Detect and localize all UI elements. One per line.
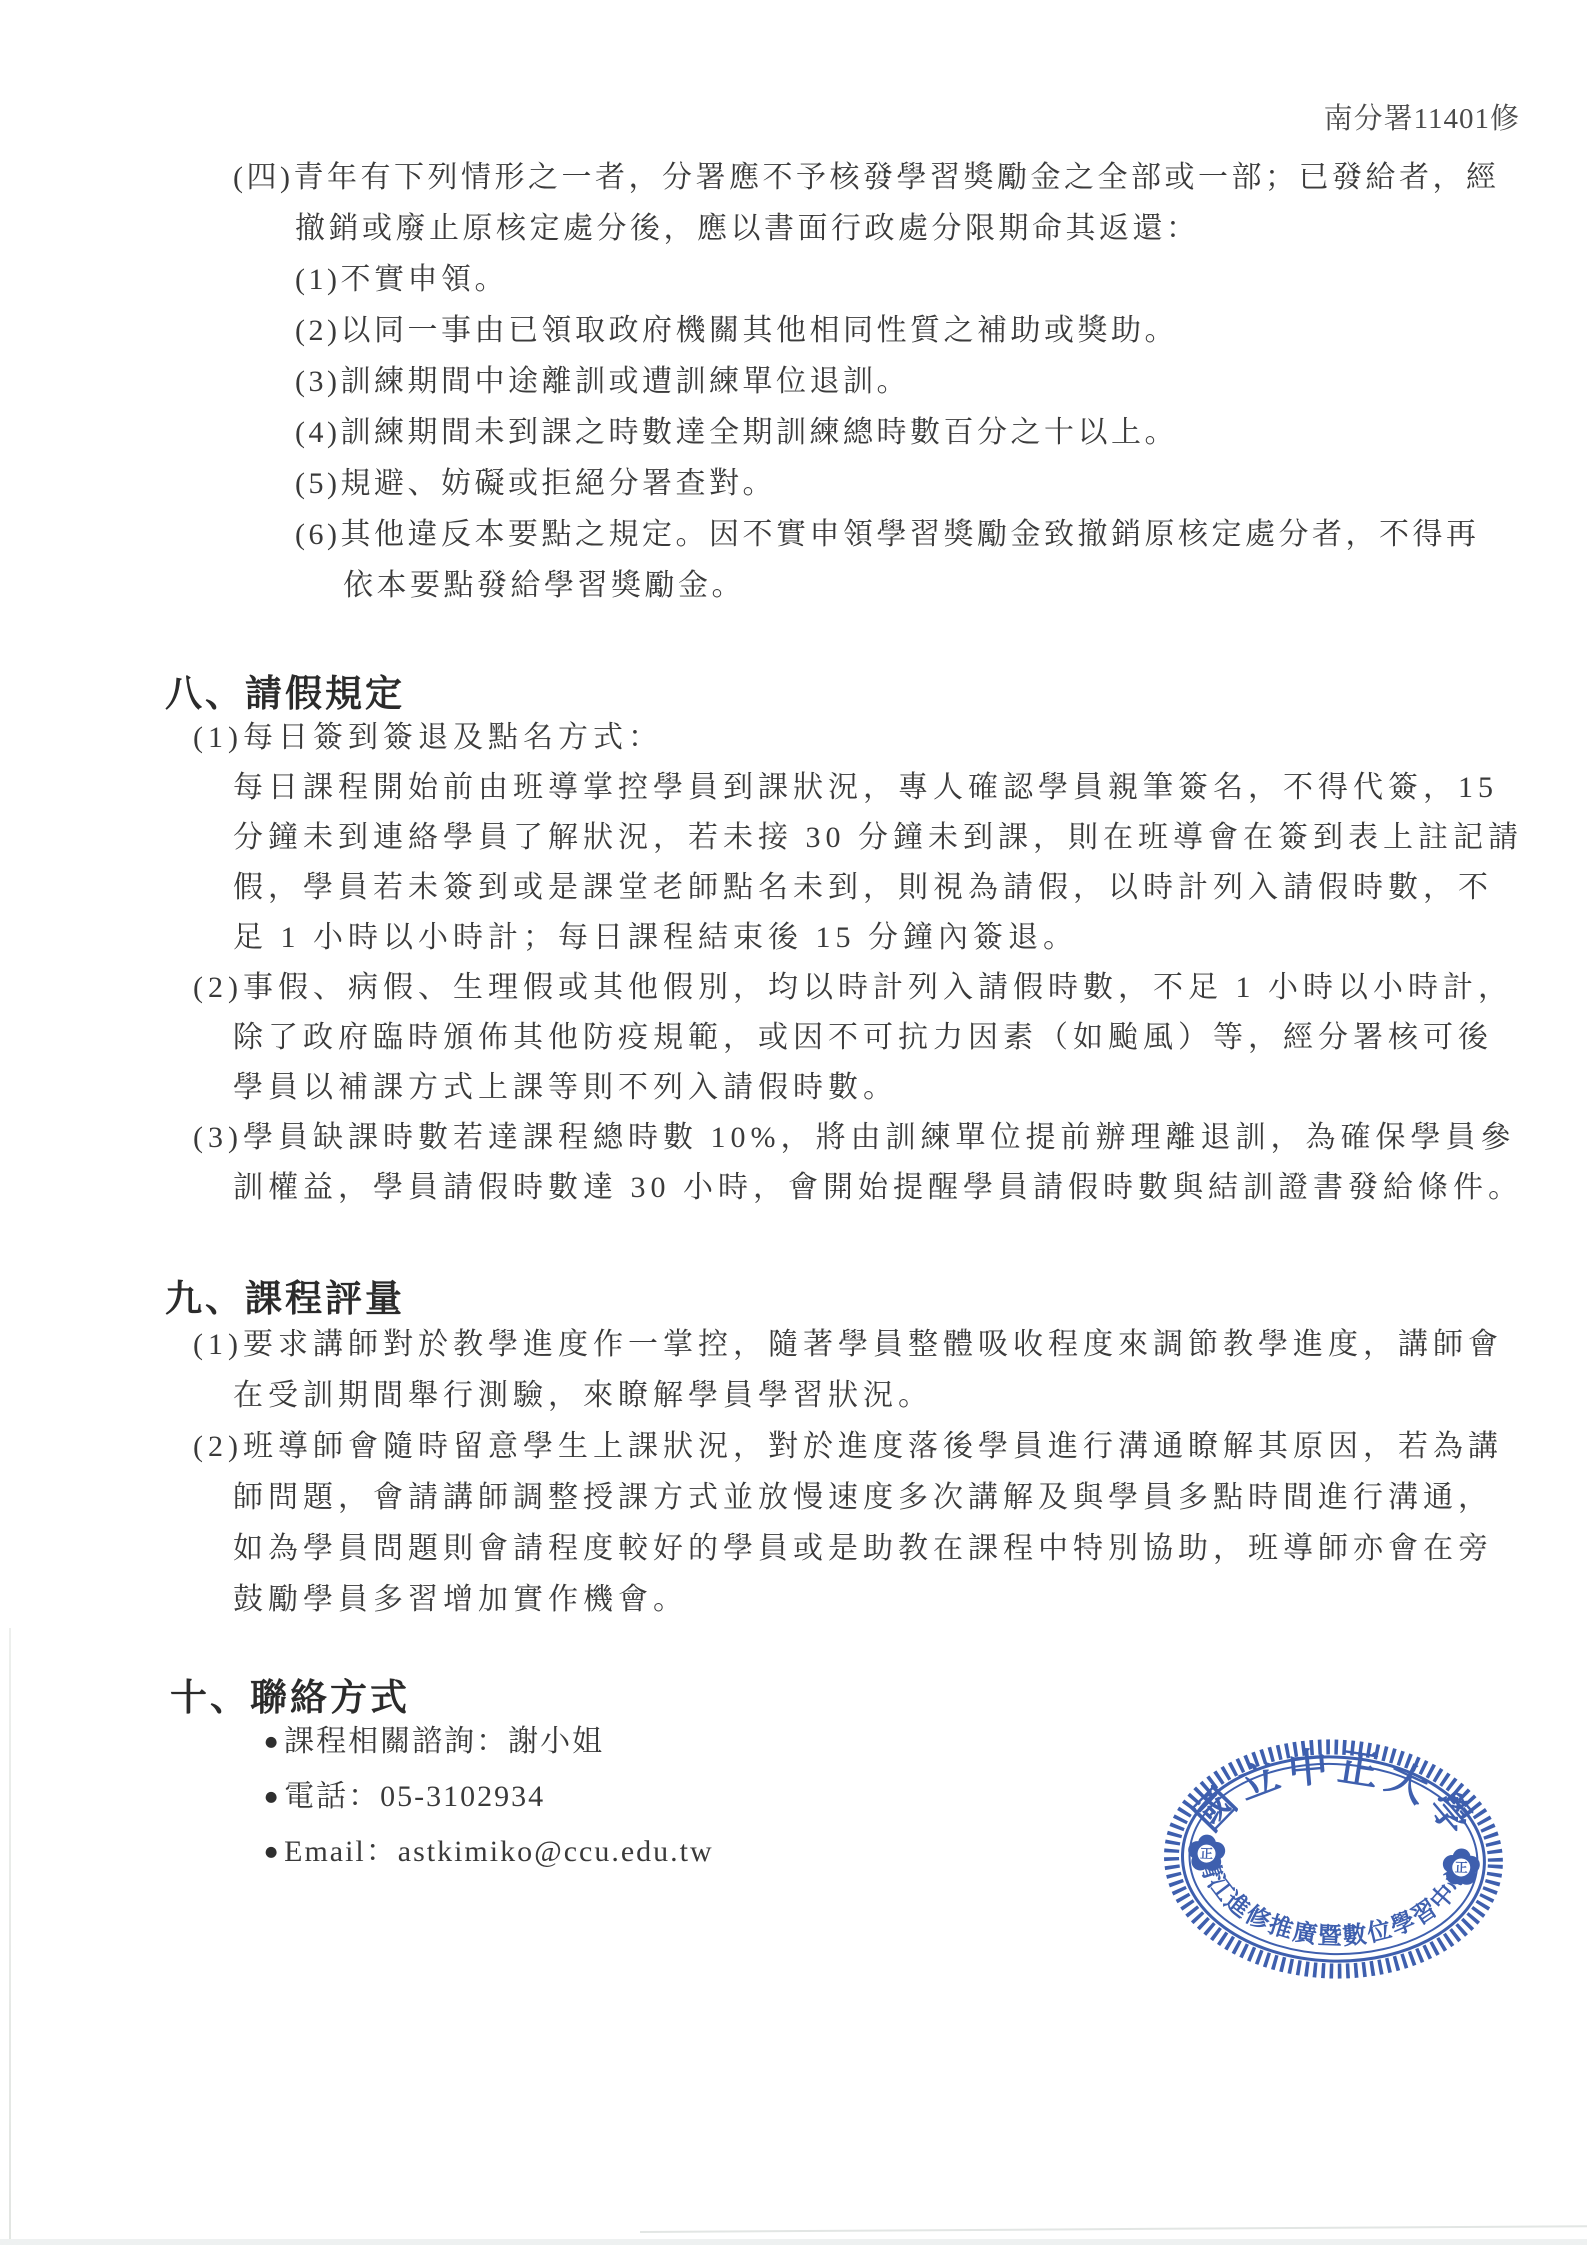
section-eight-line: 學員以補課方式上課等則不列入請假時數。 xyxy=(233,1063,1523,1113)
section-eight-title: 八、請假規定 xyxy=(165,663,405,717)
section-nine-line: (2)班導師會隨時留意學生上課狀況，對於進度落後學員進行溝通瞭解其原因，若為講 xyxy=(193,1421,1503,1472)
section-eight-line: (1)每日簽到簽退及點名方式： xyxy=(193,713,1523,763)
section-eight-line: 每日課程開始前由班導掌控學員到課狀況，專人確認學員親筆簽名，不得代簽，15 xyxy=(233,763,1523,813)
section-nine-line: 師問題，會請講師調整授課方式並放慢速度多次講解及與學員多點時間進行溝通， xyxy=(233,1472,1503,1523)
section-ten-title: 十、聯絡方式 xyxy=(170,1667,410,1721)
section-eight-line: 訓權益，學員請假時數達 30 小時，會開始提醒學員請假時數與結訓證書發給條件。 xyxy=(233,1163,1523,1213)
section-nine-line: (1)要求講師對於教學進度作一掌控，隨著學員整體吸收程度來調節教學進度，講師會 xyxy=(193,1319,1503,1370)
stamp-emblem-char: 正 xyxy=(1200,1846,1214,1861)
clause-four-item: (6)其他違反本要點之規定。因不實申領學習獎勵金致撤銷原核定處分者，不得再 xyxy=(295,509,1499,560)
stamp-emblem-char: 正 xyxy=(1454,1860,1468,1875)
clause-four-item: (4)訓練期間未到課之時數達全期訓練總時數百分之十以上。 xyxy=(295,407,1499,458)
stamp-university-text: 國立中正大學 xyxy=(1184,1739,1487,1849)
section-eight-line: (2)事假、病假、生理假或其他假別，均以時計列入請假時數，不足 1 小時以小時計… xyxy=(193,963,1523,1013)
clause-four-item: 依本要點發給學習獎勵金。 xyxy=(343,560,1499,611)
bullet-icon: ● xyxy=(264,1773,281,1820)
stamp-left-emblem: 正 xyxy=(1187,1834,1225,1871)
section-eight-line: 足 1 小時以小時計；每日課程結束後 15 分鐘內簽退。 xyxy=(233,913,1523,963)
scan-artifact-bottom-strip xyxy=(0,2239,1587,2245)
section-eight-line: 分鐘未到連絡學員了解狀況，若未接 30 分鐘未到課，則在班導會在簽到表上註記請 xyxy=(233,813,1523,863)
university-seal-stamp: 國立中正大學 清江進修推廣暨數位學習中心 正 正 xyxy=(1138,1725,1528,2018)
revision-note: 南分署11401修 xyxy=(1324,96,1520,137)
clause-four-item: (5)規避、妨礙或拒絕分署查對。 xyxy=(295,458,1499,509)
bullet-icon: ● xyxy=(264,1828,281,1875)
contact-list: ●課程相關諮詢：謝小姐 ●電話：05-3102934 ●Email：astkim… xyxy=(262,1714,714,1879)
clause-four-line: (四)青年有下列情形之一者，分署應不予核發學習獎勵金之全部或一部；已發給者，經 xyxy=(233,152,1499,203)
section-eight-line: 除了政府臨時頒佈其他防疫規範，或因不可抗力因素（如颱風）等，經分署核可後 xyxy=(233,1013,1523,1063)
section-nine-title: 九、課程評量 xyxy=(165,1268,405,1322)
stamp-university-arc-text: 國立中正大學 xyxy=(1184,1739,1487,1849)
bullet-icon: ● xyxy=(264,1718,281,1765)
section-eight-line: (3)學員缺課時數若達課程總時數 10%，將由訓練單位提前辦理離退訓，為確保學員… xyxy=(193,1113,1523,1163)
section-nine-line: 在受訓期間舉行測驗，來瞭解學員學習狀況。 xyxy=(233,1370,1503,1421)
section-eight-body: (1)每日簽到簽退及點名方式： 每日課程開始前由班導掌控學員到課狀況，專人確認學… xyxy=(193,713,1523,1213)
contact-item: ●Email：astkimiko@ccu.edu.tw xyxy=(262,1824,714,1879)
clause-four-line: 撤銷或廢止原核定處分後，應以書面行政處分限期命其返還： xyxy=(295,203,1499,254)
contact-label: Email：astkimiko@ccu.edu.tw xyxy=(284,1835,714,1868)
clause-four-item: (3)訓練期間中途離訓或遭訓練單位退訓。 xyxy=(295,356,1499,407)
section-nine-line: 如為學員問題則會請程度較好的學員或是助教在課程中特別協助，班導師亦會在旁 xyxy=(233,1523,1503,1574)
scan-artifact-diagonal-line xyxy=(640,2225,1587,2233)
scanned-document-page: 南分署11401修 (四)青年有下列情形之一者，分署應不予核發學習獎勵金之全部或… xyxy=(0,0,1587,2245)
section-nine-line: 鼓勵學員多習增加實作機會。 xyxy=(233,1574,1503,1625)
section-nine-body: (1)要求講師對於教學進度作一掌控，隨著學員整體吸收程度來調節教學進度，講師會 … xyxy=(193,1319,1503,1625)
stamp-right-emblem: 正 xyxy=(1442,1848,1480,1885)
contact-item: ●課程相關諮詢：謝小姐 xyxy=(262,1714,714,1769)
clause-four-item: (2)以同一事由已領取政府機關其他相同性質之補助或獎助。 xyxy=(295,305,1499,356)
contact-item: ●電話：05-3102934 xyxy=(262,1769,714,1824)
section-eight-line: 假，學員若未簽到或是課堂老師點名未到，則視為請假，以時計列入請假時數，不 xyxy=(233,863,1523,913)
contact-label: 電話：05-3102934 xyxy=(284,1780,545,1813)
clause-four-item: (1)不實申領。 xyxy=(295,254,1499,305)
contact-label: 課程相關諮詢：謝小姐 xyxy=(284,1725,604,1758)
clause-four-block: (四)青年有下列情形之一者，分署應不予核發學習獎勵金之全部或一部；已發給者，經 … xyxy=(233,152,1499,611)
scan-artifact-vertical-line xyxy=(9,1628,11,2245)
